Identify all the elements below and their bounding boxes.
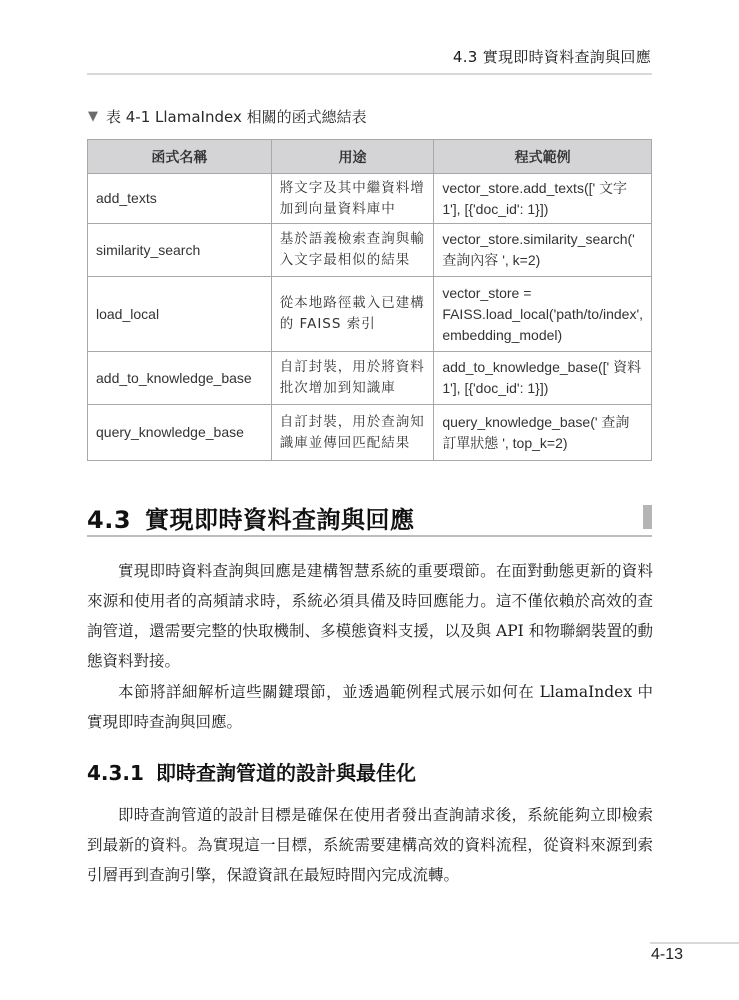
table-row: load_local 從本地路徑載入已建構的 FAISS 索引 vector_s… (88, 277, 652, 352)
page-number: 4-13 (651, 946, 683, 964)
section-title-text: 實現即時資料查詢與回應 (145, 506, 415, 534)
header-function-name: 函式名稱 (88, 140, 272, 174)
header-code-example: 程式範例 (434, 140, 652, 174)
header-purpose: 用途 (271, 140, 434, 174)
table-row: add_texts 將文字及其中繼資料增加到向量資料庫中 vector_stor… (88, 174, 652, 224)
cell-purpose: 將文字及其中繼資料增加到向量資料庫中 (271, 174, 434, 224)
subsection-heading: 4.3.1即時查詢管道的設計與最佳化 (87, 757, 416, 786)
cell-purpose: 基於語義檢索查詢與輸入文字最相似的結果 (271, 224, 434, 277)
cell-function-name: load_local (88, 277, 272, 352)
cell-function-name: query_knowledge_base (88, 405, 272, 461)
table-header-row: 函式名稱 用途 程式範例 (88, 140, 652, 174)
running-header: 4.3 實現即時資料查詢與回應 (453, 46, 651, 67)
table-row: similarity_search 基於語義檢索查詢與輸入文字最相似的結果 ve… (88, 224, 652, 277)
body-paragraph-1: 實現即時資料查詢與回應是建構智慧系統的重要環節。在面對動態更新的資料來源和使用者… (87, 556, 653, 676)
cell-code-example: vector_store.add_texts([' 文字 1'], [{'doc… (434, 174, 652, 224)
cell-purpose: 自訂封裝，用於查詢知識庫並傳回匹配結果 (271, 405, 434, 461)
body-paragraph-2: 本節將詳細解析這些關鍵環節，並透過範例程式展示如何在 LlamaIndex 中實… (87, 677, 653, 737)
section-number: 4.3 (87, 506, 131, 534)
subsection-title-text: 即時查詢管道的設計與最佳化 (156, 761, 416, 785)
running-header-rule (87, 73, 652, 75)
cell-function-name: add_texts (88, 174, 272, 224)
cell-code-example: vector_store = FAISS.load_local('path/to… (434, 277, 652, 352)
cell-function-name: similarity_search (88, 224, 272, 277)
footer-rule (650, 942, 739, 944)
subsection-number: 4.3.1 (87, 761, 144, 785)
cell-purpose: 從本地路徑載入已建構的 FAISS 索引 (271, 277, 434, 352)
table-row: add_to_knowledge_base 自訂封裝，用於將資料批次增加到知識庫… (88, 352, 652, 405)
cell-code-example: add_to_knowledge_base([' 資料 1'], [{'doc_… (434, 352, 652, 405)
cell-code-example: query_knowledge_base(' 查詢訂單狀態 ', top_k=2… (434, 405, 652, 461)
caption-triangle-icon: ▼ (88, 109, 98, 124)
section-rule (87, 535, 652, 537)
cell-function-name: add_to_knowledge_base (88, 352, 272, 405)
section-marker-bar (643, 505, 652, 529)
body-paragraph-3: 即時查詢管道的設計目標是確保在使用者發出查詢請求後，系統能夠立即檢索到最新的資料… (87, 800, 653, 890)
table-row: query_knowledge_base 自訂封裝，用於查詢知識庫並傳回匹配結果… (88, 405, 652, 461)
cell-code-example: vector_store.similarity_search(' 查詢內容 ',… (434, 224, 652, 277)
function-summary-table: 函式名稱 用途 程式範例 add_texts 將文字及其中繼資料增加到向量資料庫… (87, 139, 652, 461)
cell-purpose: 自訂封裝，用於將資料批次增加到知識庫 (271, 352, 434, 405)
table-caption-text: 表 4-1 LlamaIndex 相關的函式總結表 (106, 106, 367, 127)
table-caption: ▼ 表 4-1 LlamaIndex 相關的函式總結表 (88, 106, 367, 127)
section-heading: 4.3實現即時資料查詢與回應 (87, 500, 415, 535)
